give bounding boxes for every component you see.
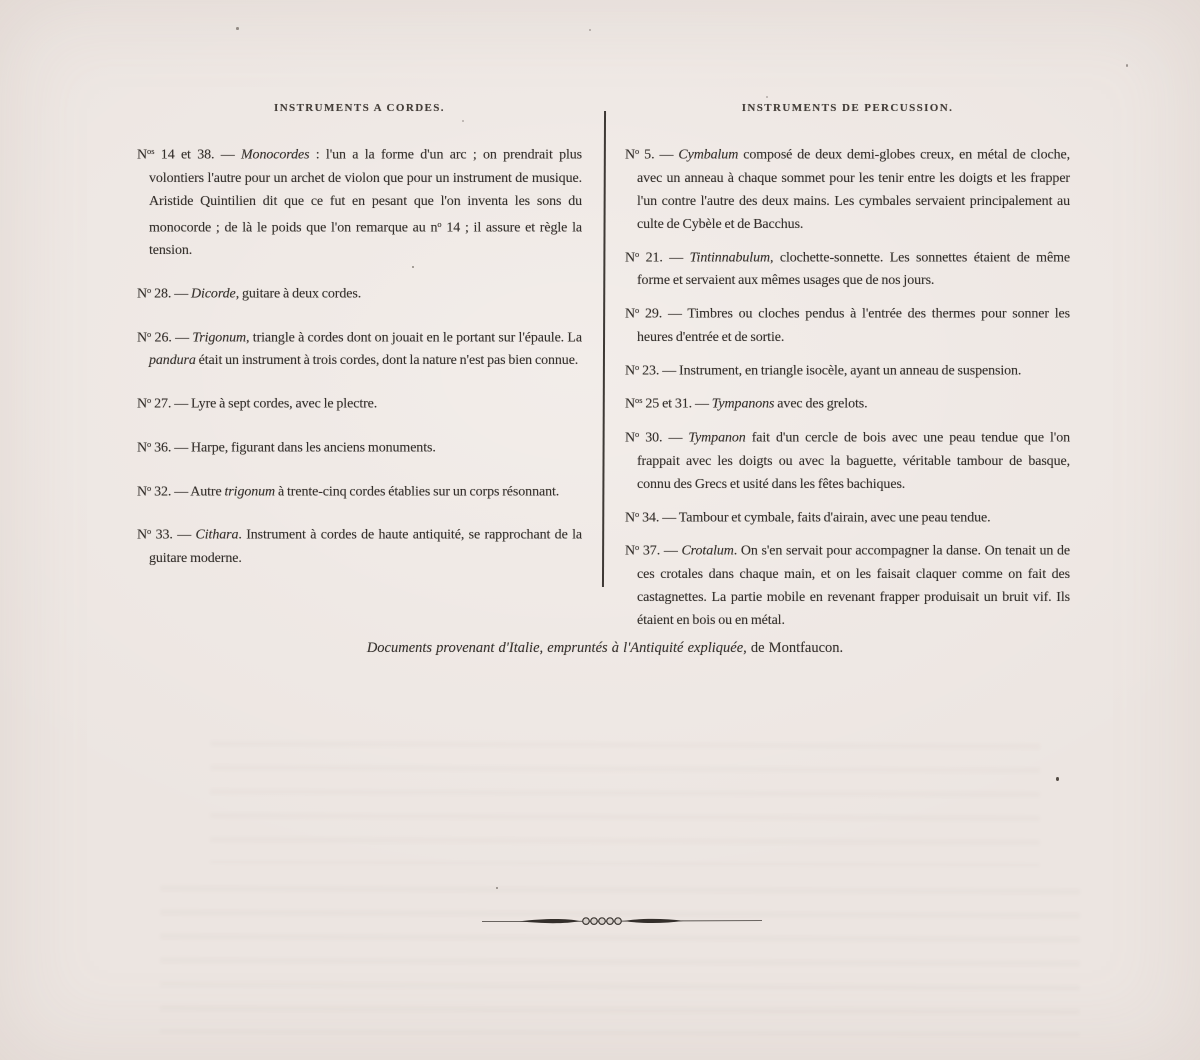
string-instruments-header: INSTRUMENTS A CORDES.	[137, 102, 582, 114]
column-string-instruments: INSTRUMENTS A CORDES. Nos 14 et 38. — Mo…	[137, 102, 582, 587]
entry-no-36-harpe: No 36. — Harpe, figurant dans les ancien…	[137, 433, 582, 460]
paper-speck	[589, 29, 591, 31]
source-caption: Documents provenant d'Italie, empruntés …	[10, 637, 1200, 659]
entry-no-34-tambour: No 34. — Tambour et cymbale, faits d'air…	[625, 503, 1070, 530]
entry-no-27-lyre: No 27. — Lyre à sept cordes, avec le ple…	[137, 389, 582, 416]
paper-speck	[766, 96, 768, 98]
column-divider-rule	[602, 111, 606, 587]
paper-speck	[1126, 64, 1128, 67]
percussion-instruments-header: INSTRUMENTS DE PERCUSSION.	[625, 102, 1070, 114]
entry-no-30-tympanon: No 30. — Tympanon fait d'un cercle de bo…	[625, 423, 1070, 496]
entry-nos-14-38-monocordes: Nos 14 et 38. — Monocordes : l'un a la f…	[137, 140, 582, 262]
entry-no-26-trigonum: No 26. — Trigonum, triangle à cordes don…	[137, 323, 582, 373]
entry-no-23-triangle: No 23. — Instrument, en triangle isocèle…	[625, 356, 1070, 383]
entry-no-29-timbres: No 29. — Timbres ou cloches pendus à l'e…	[625, 299, 1070, 349]
entry-no-5-cymbalum: No 5. — Cymbalum composé de deux demi-gl…	[625, 140, 1070, 236]
column-percussion-instruments: INSTRUMENTS DE PERCUSSION. No 5. — Cymba…	[625, 102, 1070, 639]
paper-speck	[236, 27, 239, 30]
scanned-document-page: INSTRUMENTS A CORDES. Nos 14 et 38. — Mo…	[0, 0, 1200, 1060]
entry-no-21-tintinnabulum: No 21. — Tintinnabulum, clochette-sonnet…	[625, 243, 1070, 293]
entry-nos-25-31-tympanons: Nos 25 et 31. — Tympanons avec des grelo…	[625, 389, 1070, 416]
entry-no-37-crotalum: No 37. — Crotalum. On s'en servait pour …	[625, 536, 1070, 632]
bleedthrough-texture	[160, 878, 1081, 1036]
tailpiece-ornament-icon	[482, 913, 762, 929]
bleedthrough-texture	[210, 734, 1040, 867]
entry-no-32-autre-trigonum: No 32. — Autre trigonum à trente-cinq co…	[137, 477, 582, 504]
entry-no-28-dicorde: No 28. — Dicorde, guitare à deux cordes.	[137, 279, 582, 306]
paper-speck	[496, 887, 498, 889]
paper-speck	[1056, 777, 1059, 781]
entry-no-33-cithara: No 33. — Cithara. Instrument à cordes de…	[137, 520, 582, 570]
